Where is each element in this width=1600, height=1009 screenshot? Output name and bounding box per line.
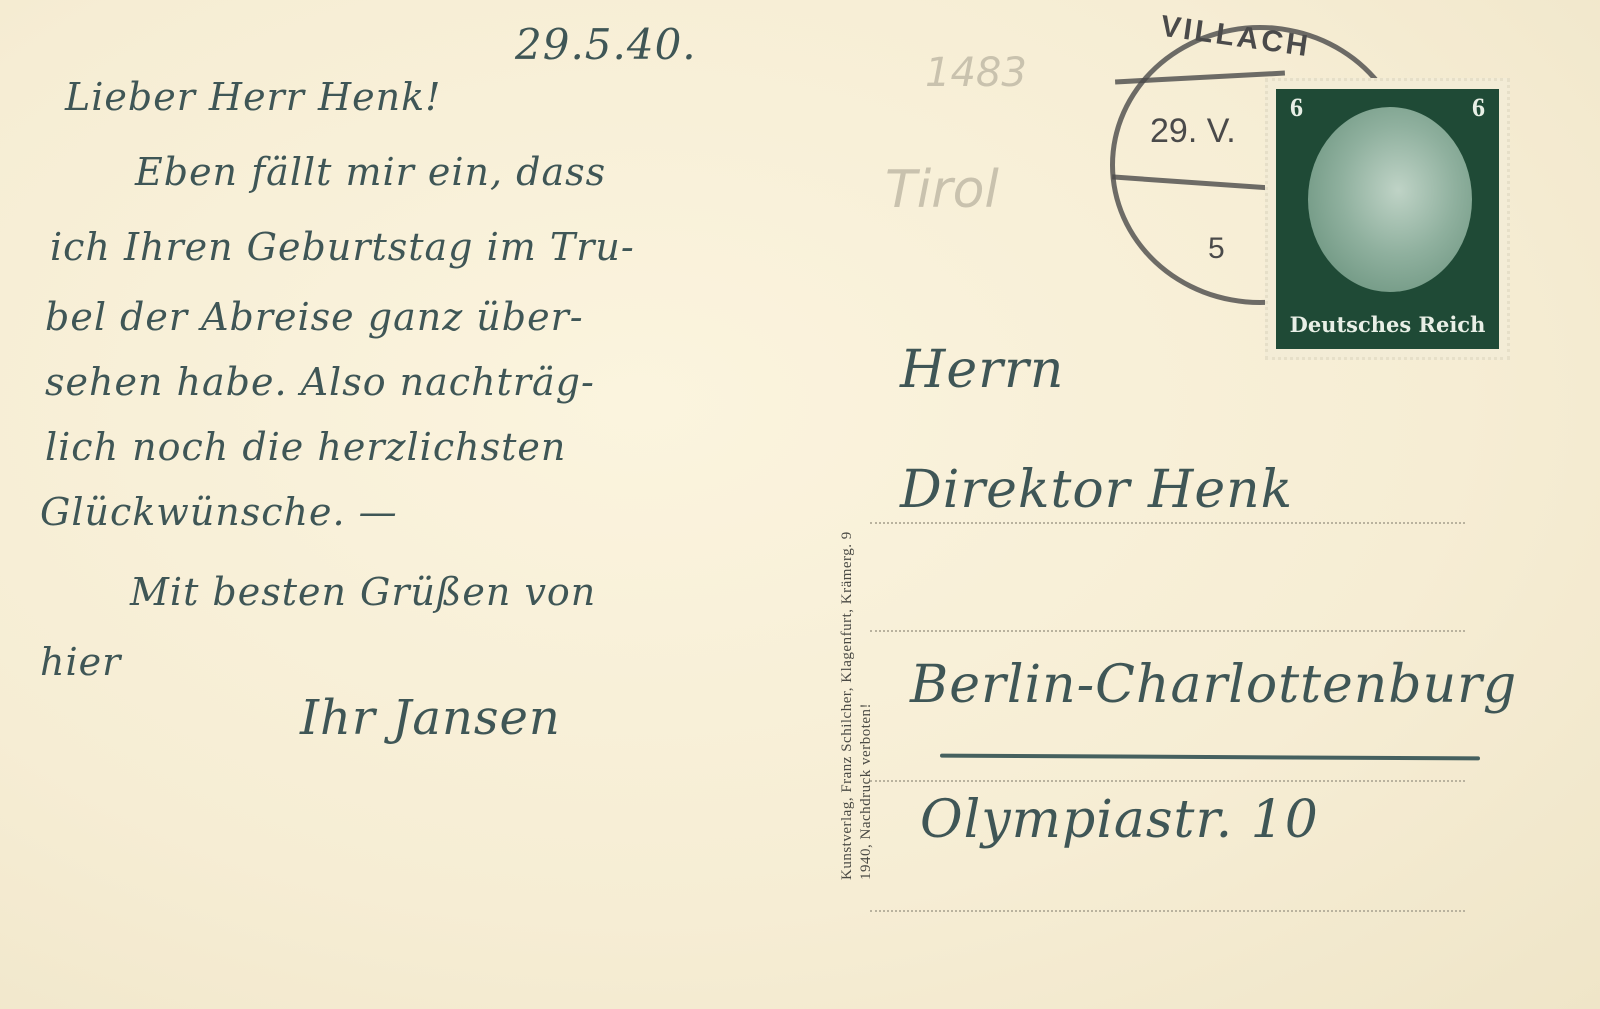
address-name: Direktor Henk [900,460,1293,520]
message-signature: Ihr Jansen [300,690,561,746]
imprint-line-2: 1940, Nachdruck verboten! [857,531,876,880]
message-salutation: Lieber Herr Henk! [65,75,441,119]
address-city: Berlin-Charlottenburg [910,655,1517,715]
message-date: 29.5.40. [515,20,697,69]
stamp-value-right: 6 [1472,93,1485,123]
city-underline [940,754,1480,761]
address-line-guide [870,780,1465,782]
address-line-guide [870,522,1465,524]
message-line: sehen habe. Also nachträg- [45,360,595,404]
stamp-value-left: 6 [1290,93,1303,123]
pencil-number: 1483 [925,50,1027,96]
pencil-region: Tirol [885,160,999,220]
stamp-country: Deutsches Reich [1276,312,1499,337]
message-line: Mit besten Grüßen von [130,570,596,614]
postcard-back: 29.5.40. 1483 Tirol Lieber Herr Henk! Eb… [0,0,1600,1009]
message-line: hier [40,640,121,684]
postmark-date: 29. V. [1150,112,1236,151]
message-line: Glückwünsche. — [40,490,398,534]
imprint-line-1: Kunstverlag, Franz Schilcher, Klagenfurt… [838,531,857,880]
postmark-number: 5 [1208,232,1225,266]
address-salutation: Herrn [900,340,1064,400]
address-line-guide [870,910,1465,912]
message-line: bel der Abreise ganz über- [45,295,584,339]
portrait-medallion-icon [1308,107,1472,292]
address-line-guide [870,630,1465,632]
message-line: Eben fällt mir ein, dass [135,150,606,194]
address-street: Olympiastr. 10 [920,790,1319,850]
publisher-imprint: Kunstverlag, Franz Schilcher, Klagenfurt… [838,531,876,880]
message-line: lich noch die herzlichsten [45,425,566,469]
postage-stamp: 6 6 Deutsches Reich [1265,78,1510,360]
message-line: ich Ihren Geburtstag im Tru- [50,225,635,269]
